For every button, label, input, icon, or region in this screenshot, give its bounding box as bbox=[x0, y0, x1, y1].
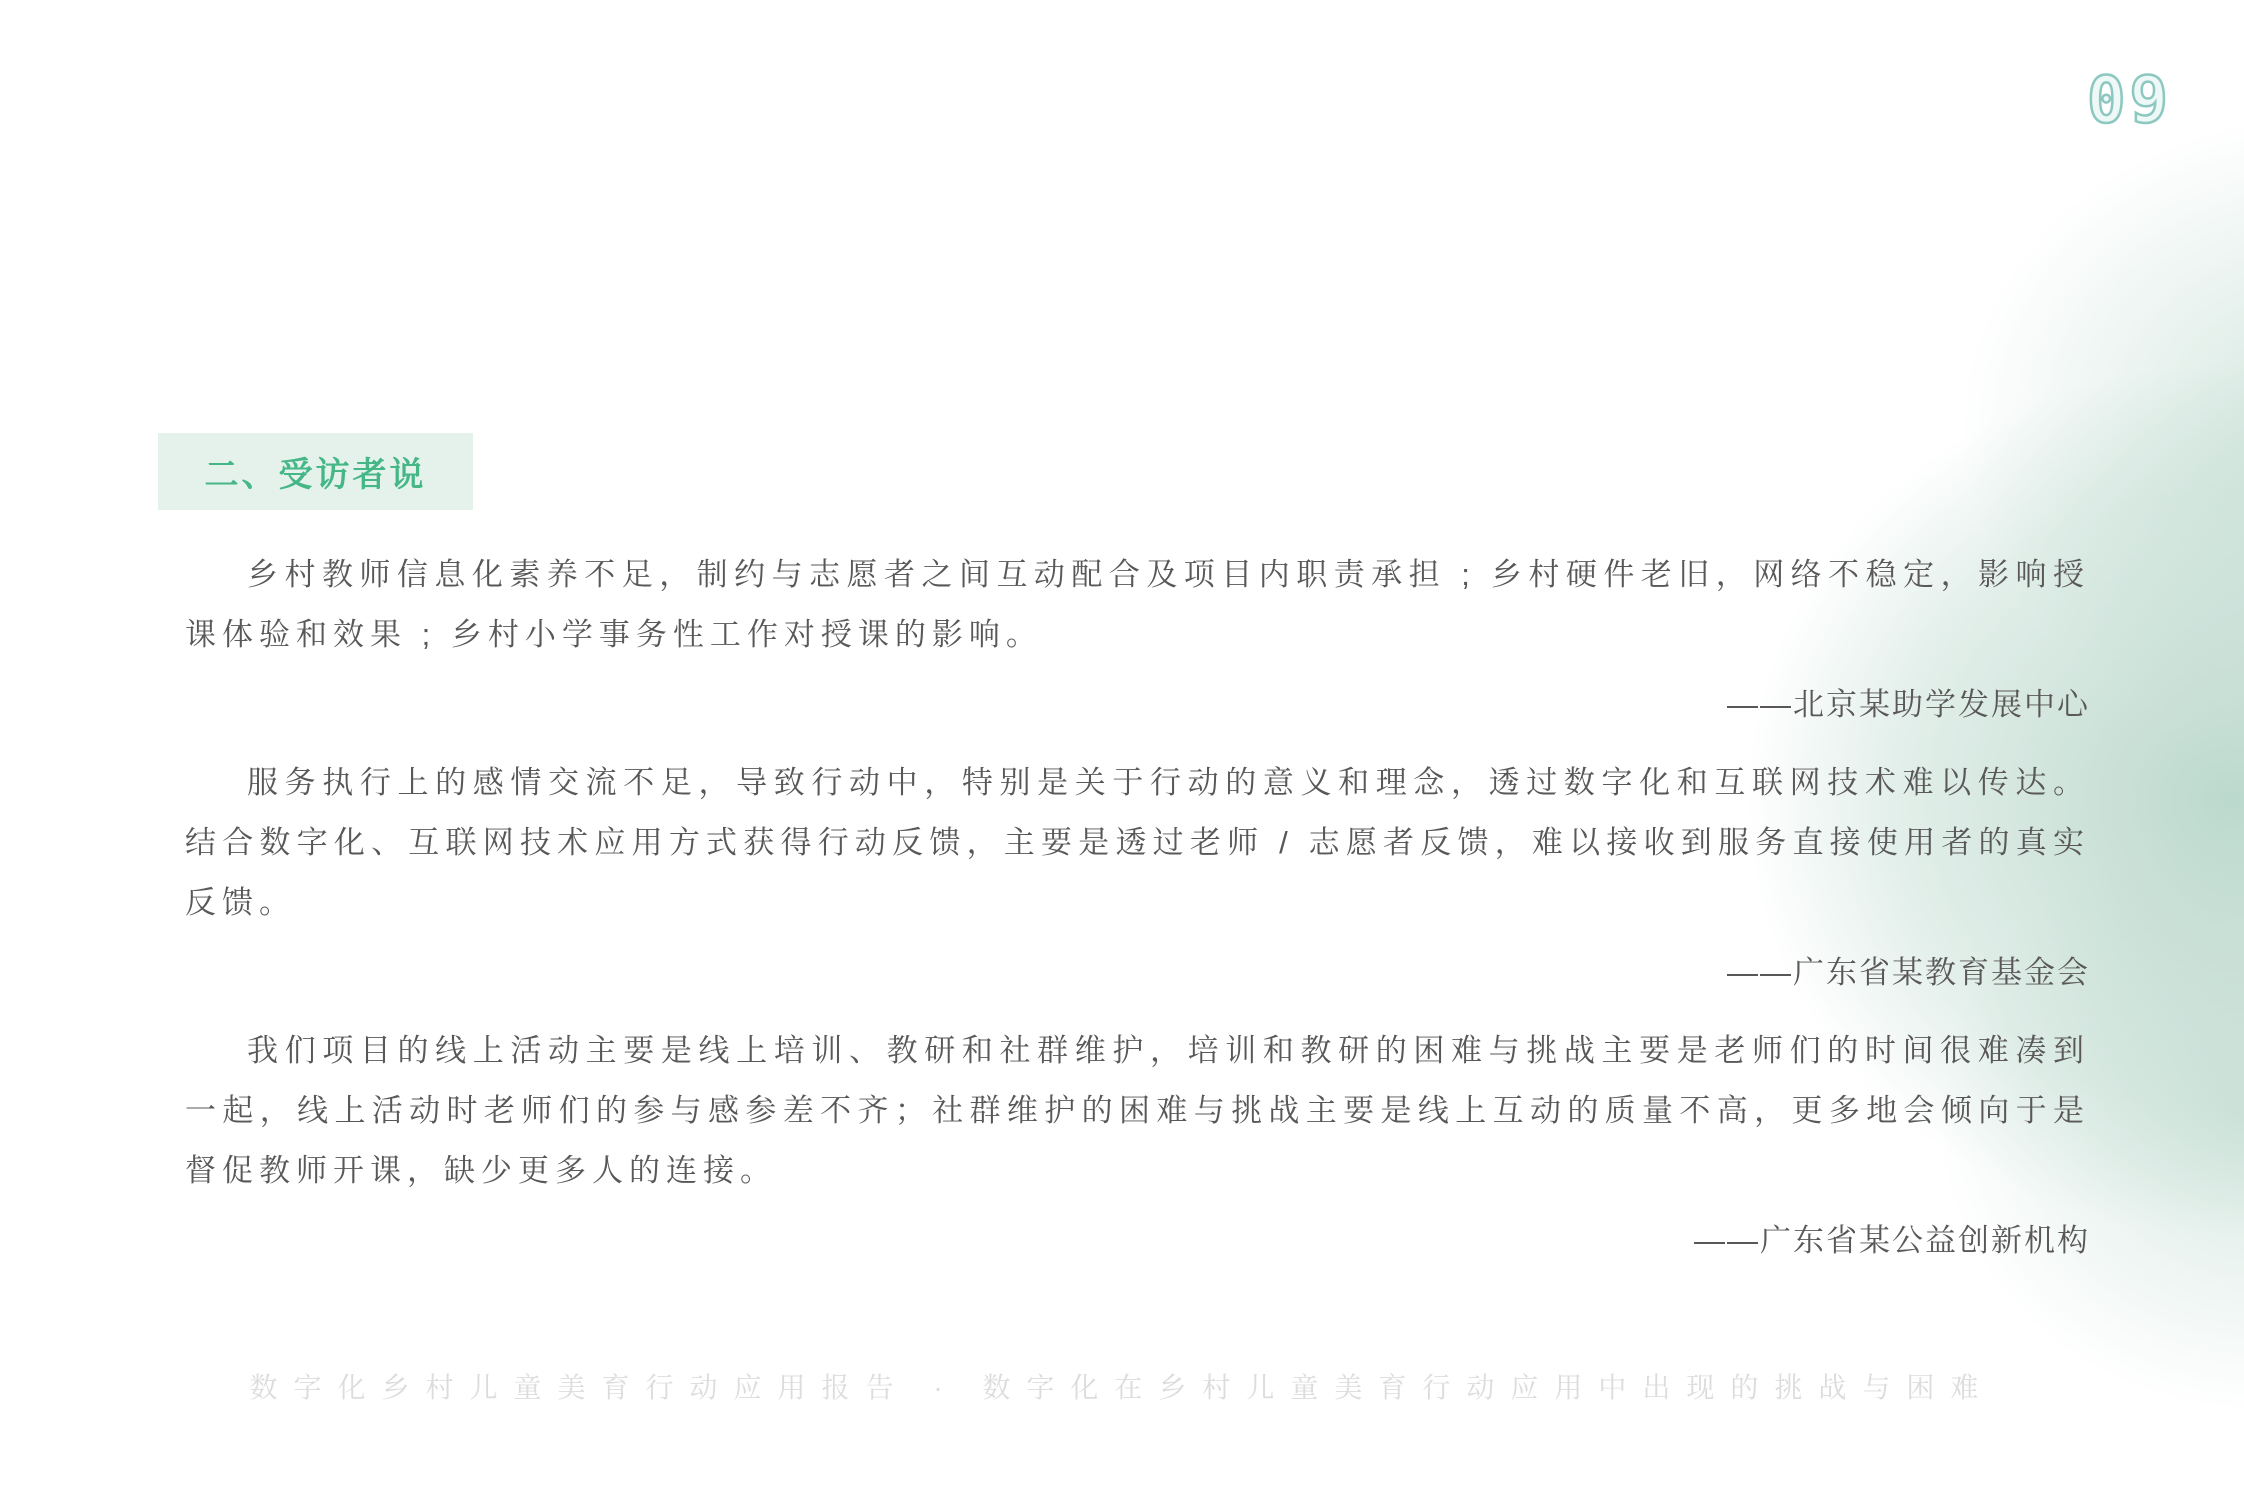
section-title: 二、受访者说 bbox=[205, 447, 427, 496]
quote-text: 乡村教师信息化素养不足，制约与志愿者之间互动配合及项目内职责承担 ; 乡村硬件老… bbox=[185, 545, 2090, 665]
quote-block: 我们项目的线上活动主要是线上培训、教研和社群维护，培训和教研的困难与挑战主要是老… bbox=[185, 1021, 2090, 1271]
quote-source: ——广东省某教育基金会 bbox=[185, 943, 2090, 1003]
quote-text: 服务执行上的感情交流不足，导致行动中，特别是关于行动的意义和理念，透过数字化和互… bbox=[185, 753, 2090, 933]
footer-text: 数字化乡村儿童美育行动应用报告 · 数字化在乡村儿童美育行动应用中出现的挑战与困… bbox=[0, 1366, 2244, 1406]
quote-block: 服务执行上的感情交流不足，导致行动中，特别是关于行动的意义和理念，透过数字化和互… bbox=[185, 753, 2090, 1003]
quotes-container: 乡村教师信息化素养不足，制约与志愿者之间互动配合及项目内职责承担 ; 乡村硬件老… bbox=[185, 545, 2090, 1289]
quote-source: ——广东省某公益创新机构 bbox=[185, 1211, 2090, 1271]
page-number: 09 bbox=[2087, 64, 2172, 138]
quote-source: ——北京某助学发展中心 bbox=[185, 675, 2090, 735]
report-page: 09 二、受访者说 乡村教师信息化素养不足，制约与志愿者之间互动配合及项目内职责… bbox=[0, 0, 2244, 1496]
quote-block: 乡村教师信息化素养不足，制约与志愿者之间互动配合及项目内职责承担 ; 乡村硬件老… bbox=[185, 545, 2090, 735]
quote-text: 我们项目的线上活动主要是线上培训、教研和社群维护，培训和教研的困难与挑战主要是老… bbox=[185, 1021, 2090, 1201]
section-header: 二、受访者说 bbox=[158, 433, 473, 510]
